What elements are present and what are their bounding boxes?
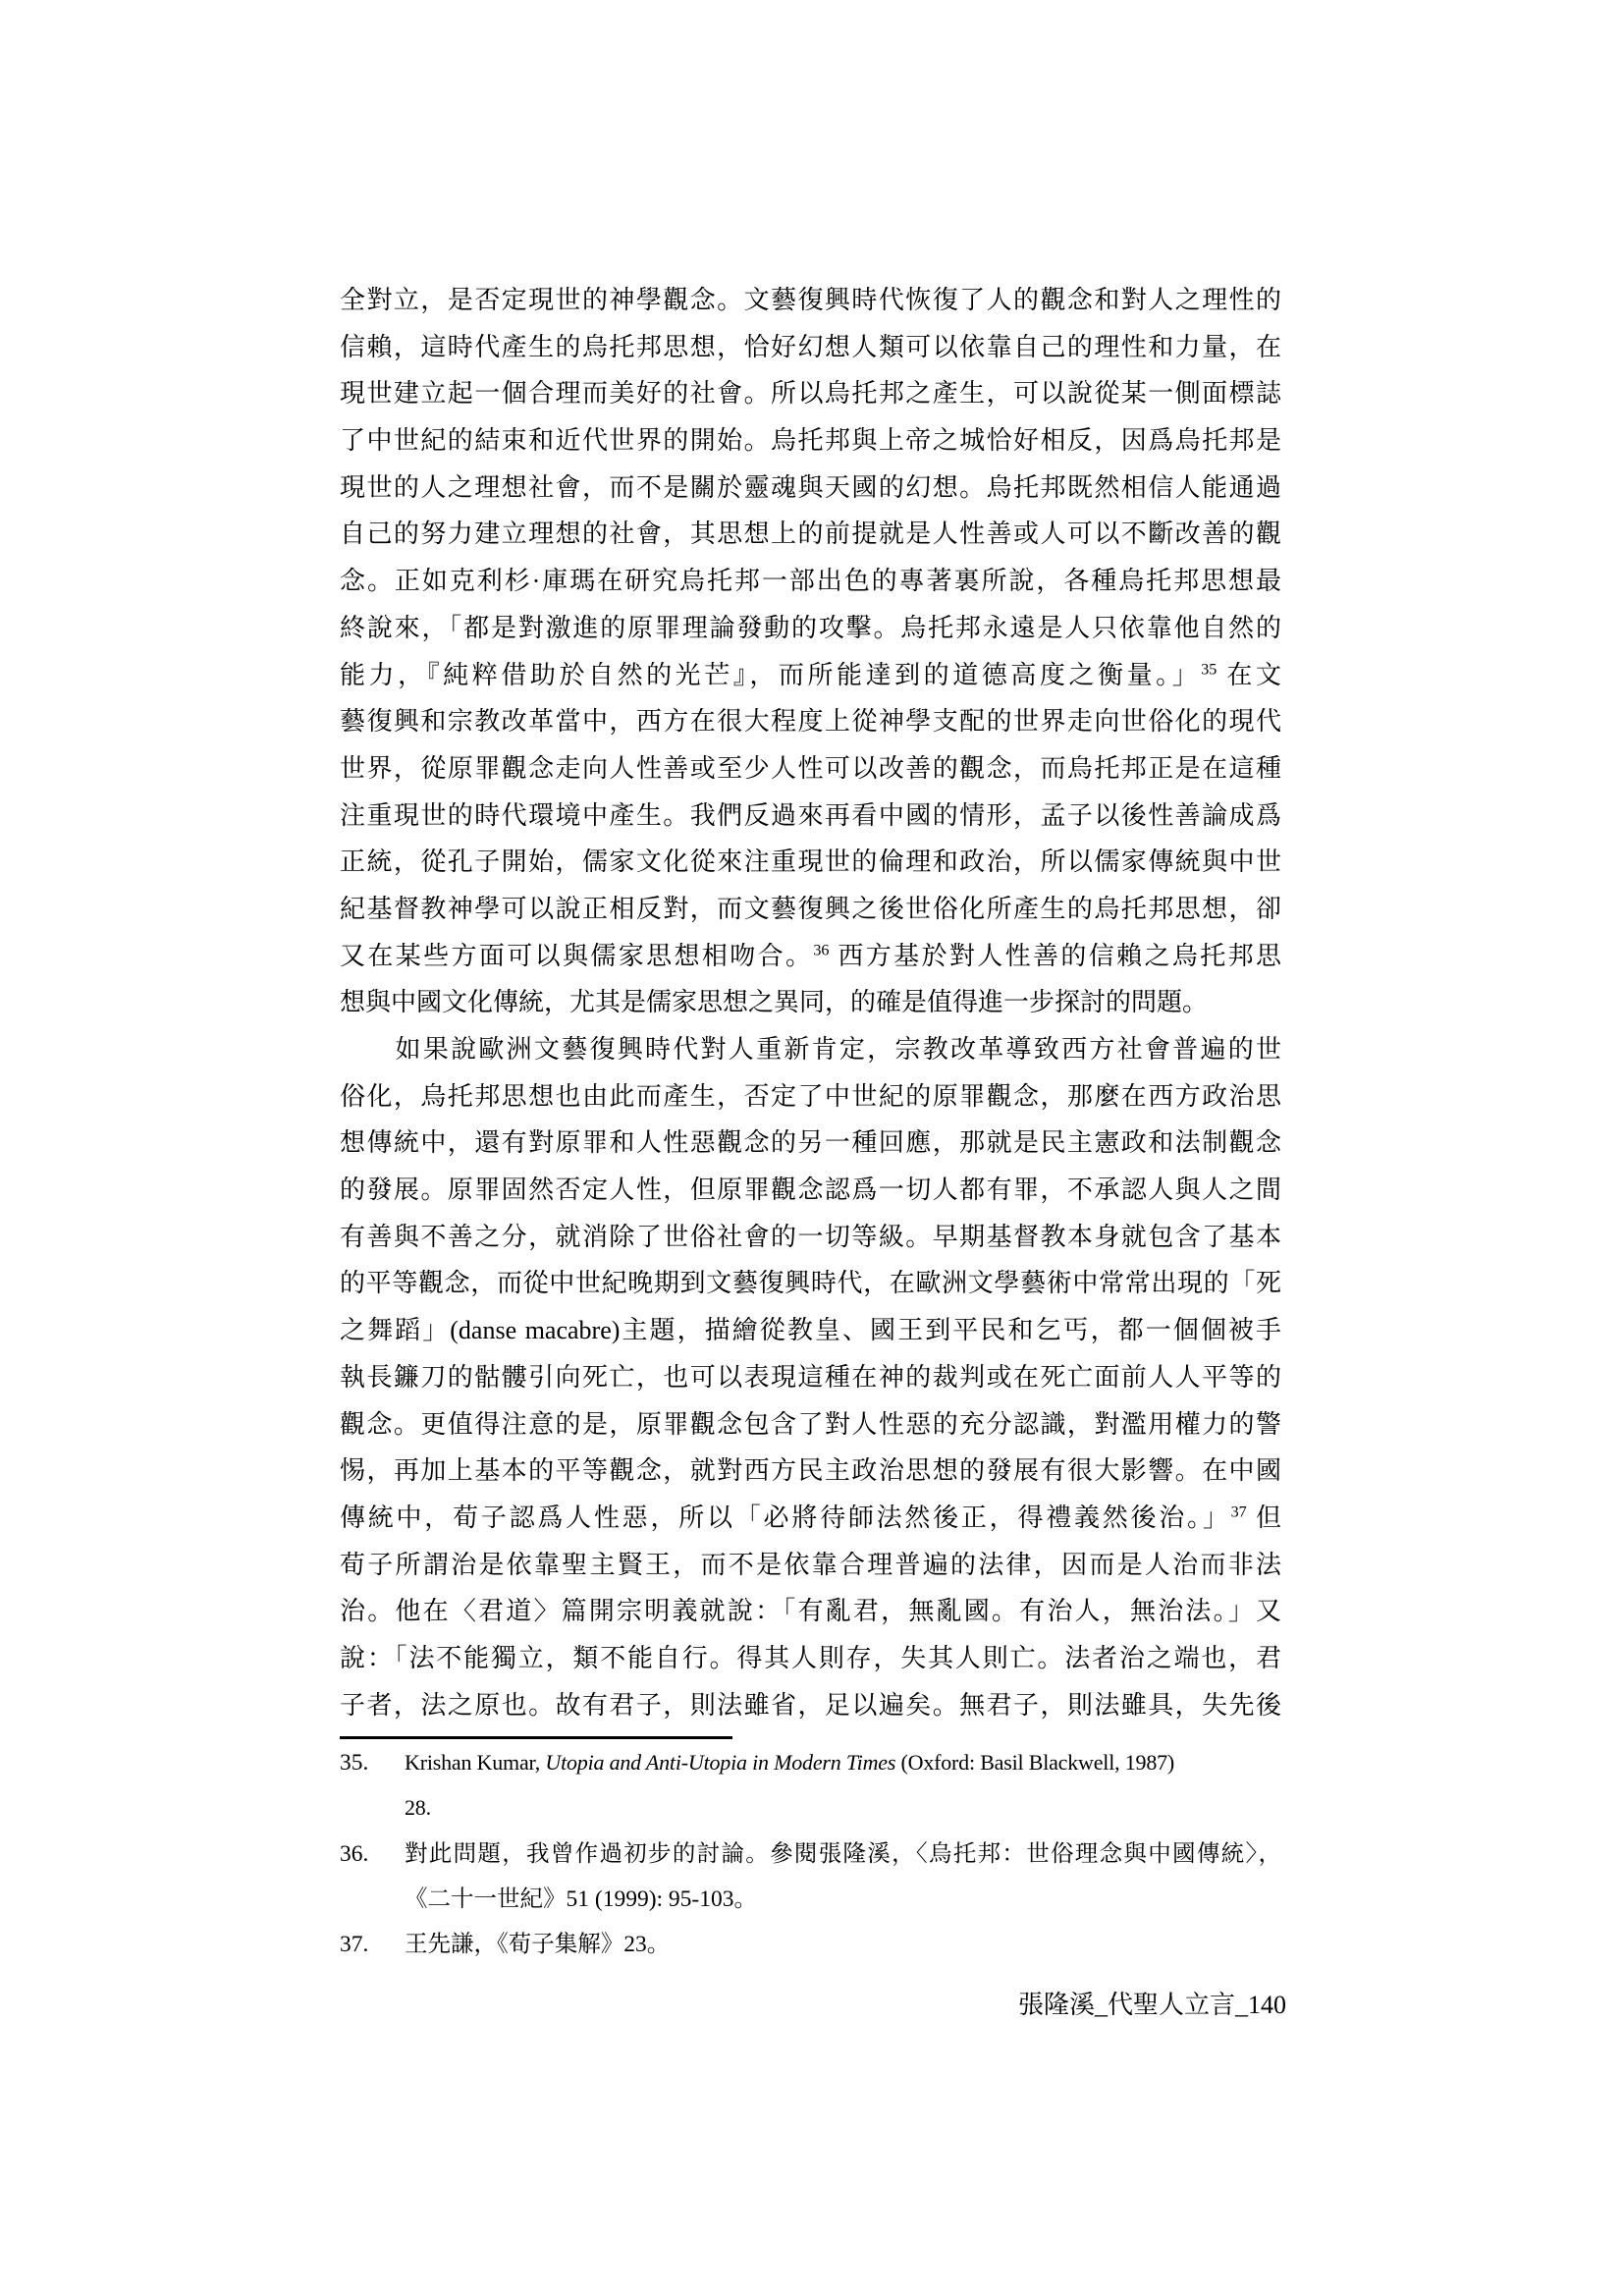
page-footer: 張隆溪_代聖人立言_140: [1018, 1986, 1286, 2025]
footnote-separator-rule: [340, 1736, 732, 1739]
body-line: 的平等觀念，而從中世紀晚期到文藝復興時代，在歐洲文學藝術中常常出現的「死: [340, 1260, 1281, 1307]
footnote-line: 《二十一世紀》51 (1999): 95-103。: [405, 1877, 1281, 1922]
body-line: 終說來，「都是對激進的原罪理論發動的攻擊。烏托邦永遠是人只依靠他自然的: [340, 605, 1281, 652]
body-line: 注重現世的時代環境中產生。我們反過來再看中國的情形，孟子以後性善論成爲: [340, 793, 1281, 840]
body-line: 想傳統中，還有對原罪和人性惡觀念的另一種回應，那就是民主憲政和法制觀念: [340, 1120, 1281, 1167]
body-line: 想與中國文化傳統，尤其是儒家思想之異同，的確是值得進一步探討的問題。: [340, 979, 1281, 1026]
footnote-ref: 37: [1231, 1503, 1247, 1520]
body-line: 有善與不善之分，就消除了世俗社會的一切等級。早期基督教本身就包含了基本: [340, 1214, 1281, 1261]
footnote-item: 36.對此問題，我曾作過初步的討論。參閱張隆溪，〈烏托邦：世俗理念與中國傳統〉，…: [340, 1831, 1281, 1923]
body-line: 紀基督教神學可以說正相反對，而文藝復興之後世俗化所產生的烏托邦思想，卻: [340, 886, 1281, 933]
footnote-number: 35.: [340, 1740, 405, 1785]
body-line: 俗化，烏托邦思想也由此而產生，否定了中世紀的原罪觀念，那麼在西方政治思: [340, 1073, 1281, 1121]
footnote-text: Krishan Kumar, Utopia and Anti-Utopia in…: [405, 1740, 1281, 1831]
body-line: 惕，再加上基本的平等觀念，就對西方民主政治思想的發展有很大影響。在中國: [340, 1448, 1281, 1495]
book-title-italic: Utopia and Anti-Utopia in Modern Times: [545, 1750, 895, 1775]
document-page: 全對立，是否定現世的神學觀念。文藝復興時代恢復了人的觀念和對人之理性的信賴，這時…: [0, 0, 1623, 2296]
footnote-number: 37.: [340, 1922, 405, 1967]
body-line: 念。正如克利杉·庫瑪在研究烏托邦一部出色的專著裏所說，各種烏托邦思想最: [340, 558, 1281, 605]
body-line: 觀念。更值得注意的是，原罪觀念包含了對人性惡的充分認識，對濫用權力的警: [340, 1401, 1281, 1449]
body-line: 又在某些方面可以與儒家思想相吻合。36 西方基於對人性善的信賴之烏托邦思: [340, 933, 1281, 980]
body-line: 現世建立起一個合理而美好的社會。所以烏托邦之產生，可以說從某一側面標誌: [340, 370, 1281, 417]
footnotes-section: 35.Krishan Kumar, Utopia and Anti-Utopia…: [340, 1740, 1281, 1967]
body-line: 之舞蹈」(danse macabre)主題，描繪從教皇、國王到平民和乞丐，都一個…: [340, 1307, 1281, 1354]
body-text-block: 全對立，是否定現世的神學觀念。文藝復興時代恢復了人的觀念和對人之理性的信賴，這時…: [340, 277, 1281, 1728]
footnote-item: 37.王先謙，《荀子集解》23。: [340, 1922, 1281, 1967]
footnote-number: 36.: [340, 1831, 405, 1877]
body-line: 傳統中，荀子認爲人性惡，所以「必將待師法然後正，得禮義然後治。」37 但: [340, 1495, 1281, 1542]
body-line: 藝復興和宗教改革當中，西方在很大程度上從神學支配的世界走向世俗化的現代: [340, 698, 1281, 745]
body-line: 全對立，是否定現世的神學觀念。文藝復興時代恢復了人的觀念和對人之理性的: [340, 277, 1281, 324]
body-line: 了中世紀的結束和近代世界的開始。烏托邦與上帝之城恰好相反，因爲烏托邦是: [340, 417, 1281, 465]
footnote-line: Krishan Kumar, Utopia and Anti-Utopia in…: [405, 1740, 1281, 1785]
body-line: 信賴，這時代產生的烏托邦思想，恰好幻想人類可以依靠自己的理性和力量，在: [340, 324, 1281, 371]
body-line: 世界，從原罪觀念走向人性善或至少人性可以改善的觀念，而烏托邦正是在這種: [340, 745, 1281, 793]
footnote-ref: 35: [1201, 661, 1217, 678]
body-line: 如果說歐洲文藝復興時代對人重新肯定，宗教改革導致西方社會普遍的世: [340, 1026, 1281, 1073]
footnote-item: 35.Krishan Kumar, Utopia and Anti-Utopia…: [340, 1740, 1281, 1831]
body-line: 的發展。原罪固然否定人性，但原罪觀念認爲一切人都有罪，不承認人與人之間: [340, 1167, 1281, 1214]
footnote-line: 28.: [405, 1785, 1281, 1831]
footnote-line: 對此問題，我曾作過初步的討論。參閱張隆溪，〈烏托邦：世俗理念與中國傳統〉，: [405, 1831, 1281, 1877]
body-line: 能力，『純粹借助於自然的光芒』，而所能達到的道德高度之衡量。」35 在文: [340, 652, 1281, 699]
body-line: 執長鐮刀的骷髏引向死亡，也可以表現這種在神的裁判或在死亡面前人人平等的: [340, 1354, 1281, 1401]
body-line: 子者，法之原也。故有君子，則法雖省，足以遍矣。無君子，則法雖具，失先後: [340, 1682, 1281, 1729]
footnote-line: 王先謙，《荀子集解》23。: [405, 1922, 1281, 1967]
body-line: 自己的努力建立理想的社會，其思想上的前提就是人性善或人可以不斷改善的觀: [340, 511, 1281, 558]
body-line: 治。他在〈君道〉篇開宗明義就說：「有亂君，無亂國。有治人，無治法。」又: [340, 1588, 1281, 1635]
footnote-text: 王先謙，《荀子集解》23。: [405, 1922, 1281, 1967]
body-line: 現世的人之理想社會，而不是關於靈魂與天國的幻想。烏托邦既然相信人能通過: [340, 465, 1281, 512]
footnote-ref: 36: [813, 942, 829, 958]
body-line: 說：「法不能獨立，類不能自行。得其人則存，失其人則亡。法者治之端也，君: [340, 1635, 1281, 1682]
footnote-text: 對此問題，我曾作過初步的討論。參閱張隆溪，〈烏托邦：世俗理念與中國傳統〉，《二十…: [405, 1831, 1281, 1923]
body-line: 荀子所謂治是依靠聖主賢王，而不是依靠合理普遍的法律，因而是人治而非法: [340, 1542, 1281, 1589]
body-line: 正統，從孔子開始，儒家文化從來注重現世的倫理和政治，所以儒家傳統與中世: [340, 839, 1281, 886]
